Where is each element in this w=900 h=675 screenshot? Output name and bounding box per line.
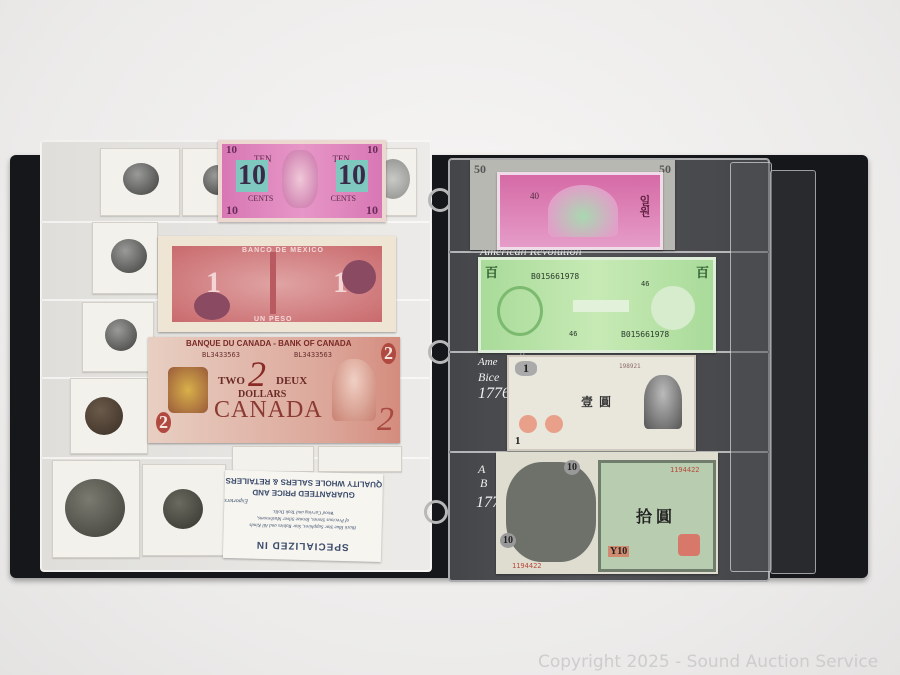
- note-yen-mark: Y10: [608, 546, 629, 557]
- note-corner: 10: [500, 533, 516, 548]
- note-label: 일원: [636, 195, 652, 217]
- note-label: 壹圓: [581, 393, 617, 410]
- note-serial: 1194422: [670, 466, 700, 474]
- note-label: 拾圓: [636, 504, 676, 527]
- note-serial: 40: [530, 191, 539, 201]
- binder-ring: [424, 500, 448, 524]
- banknote-mexico-1-peso: BANCO DE MEXICO 1 1 UN PESO: [158, 236, 396, 332]
- note-monument: [270, 252, 276, 314]
- coin-holder: [92, 222, 158, 294]
- note-country: CANADA: [214, 397, 323, 424]
- note-denomination: 2: [377, 401, 394, 439]
- coin-holder: [318, 446, 402, 472]
- note-serial: 198921: [619, 363, 641, 370]
- note-block: 46: [569, 330, 577, 338]
- card-heading: SPECIALIZED IN: [223, 538, 381, 553]
- note-fan-design: [548, 185, 618, 237]
- note-corner: 2: [381, 343, 396, 364]
- note-corner: 1: [515, 435, 521, 447]
- note-denomination: 10: [236, 160, 268, 192]
- note-corner: 10: [226, 144, 237, 156]
- note-corner: 10: [366, 203, 378, 218]
- note-serial: B015661978: [621, 330, 669, 339]
- note-corner: 百: [485, 262, 498, 281]
- note-serial: 1194422: [512, 562, 542, 570]
- note-text: CENTS: [248, 194, 273, 203]
- note-seal: [342, 260, 376, 294]
- insert-text: B: [480, 476, 487, 491]
- banknote-mpc-10-cents: 10 10 TEN TEN 10 10 CENTS CENTS 10 10: [218, 140, 386, 222]
- note-seal: [545, 415, 563, 433]
- note-seal: [519, 415, 537, 433]
- note-seal: [194, 292, 230, 320]
- note-portrait: [644, 375, 682, 429]
- note-text: CENTS: [331, 194, 356, 203]
- coin-holder: [232, 446, 314, 472]
- note-footer: UN PESO: [254, 316, 293, 323]
- note-corner: 2: [156, 412, 171, 433]
- business-card: QUALITY WHOLE SALERS & RETAILERS GUARANT…: [223, 470, 383, 562]
- note-coat-of-arms: [168, 367, 208, 413]
- banknote-japan-1-yen: 1 198921 壹圓 1: [507, 355, 696, 451]
- note-text: TWO: [218, 375, 245, 387]
- insert-text: A: [478, 462, 485, 477]
- note-portrait: [282, 150, 318, 208]
- note-medallion: [497, 286, 543, 336]
- note-corner: 10: [367, 144, 378, 156]
- note-center-panel: [573, 300, 629, 312]
- note-corner: 10: [226, 203, 238, 218]
- insert-text: Ame: [478, 356, 498, 368]
- note-denomination: 10: [336, 160, 368, 192]
- coin-holder: [52, 460, 140, 558]
- note-corner: 50: [474, 162, 486, 177]
- note-portrait: [332, 359, 376, 421]
- note-corner: 1: [515, 361, 537, 376]
- insert-text: 1776: [478, 385, 510, 403]
- note-serial: BL3433563: [294, 351, 332, 359]
- note-block: 46: [641, 280, 649, 288]
- coin-holder: [70, 378, 148, 454]
- banknote-canada-2-dollars: BANQUE DU CANADA - BANK OF CANADA BL3433…: [148, 337, 400, 443]
- note-header: BANCO DE MEXICO: [242, 247, 324, 254]
- note-text: DEUX: [276, 375, 307, 387]
- note-serial: BL3433563: [202, 351, 240, 359]
- coin-holder: [142, 464, 226, 556]
- sleeve-edge: [770, 170, 816, 574]
- note-serial: B015661978: [531, 272, 579, 281]
- coin-holder: [182, 148, 220, 216]
- note-medallion: [651, 286, 695, 330]
- sleeve-edge: [730, 162, 772, 572]
- banknote-korea-100-won: 百 百 B015661978 46 46 B015661978: [478, 257, 716, 353]
- note-header: BANQUE DU CANADA - BANK OF CANADA: [186, 339, 351, 348]
- note-building-panel: [506, 462, 596, 562]
- banknote-japan-10-yen: 10 10 1194422 1194422 拾圓 Y10: [496, 452, 718, 574]
- note-corner: 10: [564, 460, 580, 475]
- note-seal: [678, 534, 700, 556]
- copyright-watermark: Copyright 2025 - Sound Auction Service: [538, 652, 878, 672]
- coin-holder: [100, 148, 180, 216]
- note-corner: 百: [696, 262, 709, 281]
- insert-text: Bice: [478, 370, 499, 385]
- banknote-korea-1-won: 40 일원: [497, 172, 663, 250]
- coin-holder: [82, 302, 154, 372]
